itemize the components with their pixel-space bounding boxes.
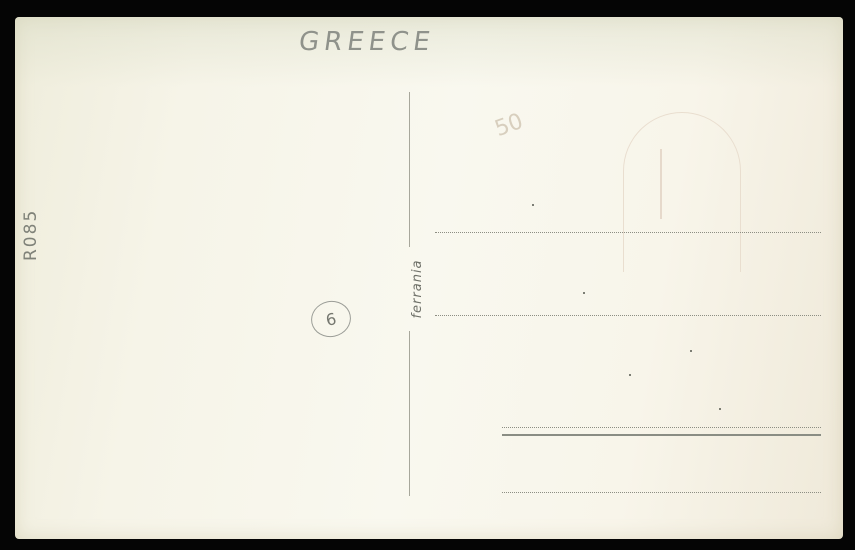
scan-frame: GREECE R085 6 50 ferrania xyxy=(0,0,855,550)
paper-speck xyxy=(629,374,631,376)
faint-pencil-mark: 50 xyxy=(492,109,527,142)
address-line-4 xyxy=(502,492,821,493)
center-divider-top xyxy=(409,92,410,247)
paper-speck xyxy=(583,292,585,294)
handwritten-reference-code: R085 xyxy=(21,209,41,261)
circled-number: 6 xyxy=(308,297,355,341)
paper-speck xyxy=(719,408,721,410)
circled-number-text: 6 xyxy=(324,309,338,330)
address-line-3-underline xyxy=(502,434,821,436)
handwritten-country: GREECE xyxy=(297,27,437,57)
paper-speck xyxy=(690,350,692,352)
address-line-3 xyxy=(502,427,821,428)
brand-imprint: ferrania xyxy=(410,254,430,324)
stamp-box-inner-mark xyxy=(660,149,662,219)
postcard-back: GREECE R085 6 50 ferrania xyxy=(15,17,843,539)
stamp-box-outline xyxy=(623,112,741,272)
paper-speck xyxy=(532,204,534,206)
address-line-2 xyxy=(435,315,821,316)
address-line-1 xyxy=(435,232,821,233)
center-divider-bottom xyxy=(409,331,410,496)
